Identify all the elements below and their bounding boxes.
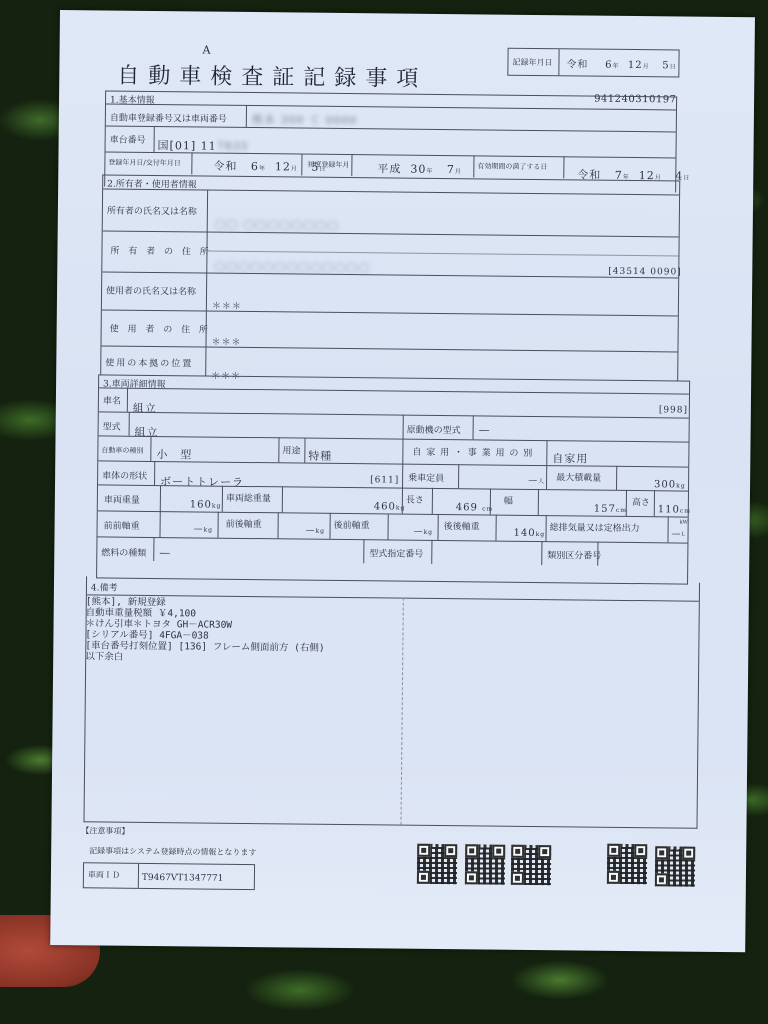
owner-name-label: 所有者の氏名又は名称 xyxy=(107,204,197,218)
qr-code-3 xyxy=(511,845,551,885)
vehicle-weight-value: 160kg xyxy=(190,499,222,510)
car-name-value: 組立 xyxy=(133,400,157,416)
vehicle-id-label: 車両ＩＤ xyxy=(88,869,120,880)
document-title: 自動車検査証記録事項 xyxy=(117,59,427,93)
vehicle-inspection-record-sheet: A 自動車検査証記録事項 記録年月日 令和 6年 12月 5日 94124031… xyxy=(50,10,755,952)
first-registration-label: 初度登録年月 xyxy=(307,160,349,170)
section-vehicle-details: 3.車両詳細情報 車名 組立 [998] 型式 組立 原動機の型式 — 自動車の… xyxy=(96,374,690,584)
capacity-value: —人 xyxy=(528,476,545,486)
vehicle-class-value: 小 型 xyxy=(156,446,192,462)
front-rear-axle-value: —kg xyxy=(306,526,326,536)
front-front-axle-value: —kg xyxy=(194,524,214,534)
private-business-label: 自 家 用 ・ 事 業 用 の 別 xyxy=(412,445,533,459)
user-name-label: 使用者の氏名又は名称 xyxy=(106,283,196,297)
private-business-value: 自家用 xyxy=(552,450,588,466)
car-name-label: 車名 xyxy=(103,393,121,406)
purpose-label: 用途 xyxy=(282,443,300,456)
registration-number-value: 熊本 300 て 0000 xyxy=(252,111,358,128)
width-label: 幅 xyxy=(504,494,513,507)
front-front-axle-label: 前前軸重 xyxy=(104,518,140,531)
vehicle-id-box: 車両ＩＤ T9467VT1347771 xyxy=(83,862,255,890)
displacement-label: 総排気量又は定格出力 xyxy=(550,520,640,534)
body-shape-code: [611] xyxy=(370,475,399,485)
model-value: 組立 xyxy=(135,424,159,440)
owner-address-label: 所 有 者 の 住 所 xyxy=(110,244,211,258)
purpose-value: 特種 xyxy=(308,448,332,464)
length-value: 469 cm xyxy=(456,502,493,513)
qr-code-1 xyxy=(417,844,457,884)
fuel-label: 燃料の種類 xyxy=(101,545,146,558)
expiry-date-label: 有効期間の満了する日 xyxy=(477,161,547,172)
rear-front-axle-value: —kg xyxy=(414,527,434,537)
section-4-heading: 4.備考 xyxy=(91,580,118,593)
height-value: 110cm xyxy=(658,504,691,515)
width-value: 157cm xyxy=(594,504,627,515)
car-name-code: [998] xyxy=(659,405,688,415)
registration-date-label: 登録年月日/交付年月日 xyxy=(108,158,180,169)
section-owner-user-info: 2.所有者・使用者情報 所有者の氏名又は名称 〇〇 〇〇〇〇〇〇〇〇 所 有 者… xyxy=(100,174,680,381)
registration-number-label: 自動車登録番号又は車両番号 xyxy=(110,111,227,125)
copy-mark: A xyxy=(203,43,211,56)
gross-weight-value: 460kg xyxy=(374,501,406,512)
front-rear-axle-label: 前後軸重 xyxy=(226,517,262,530)
capacity-label: 乗車定員 xyxy=(408,471,444,484)
gross-weight-label: 車両総重量 xyxy=(226,491,271,504)
max-load-label: 最大積載量 xyxy=(556,470,601,483)
vehicle-class-label: 自動車の種別 xyxy=(101,445,143,455)
type-designation-label: 型式指定番号 xyxy=(369,546,423,560)
length-label: 長さ xyxy=(406,493,424,506)
displacement-unit-kw: kW xyxy=(680,520,688,526)
notice-text: 記録事項はシステム登録時点の情報となります xyxy=(89,845,256,858)
notice-heading: 【注意事項】 xyxy=(81,825,129,837)
qr-code-2 xyxy=(465,844,505,884)
body-shape-value: ボートトレーラ xyxy=(160,473,244,490)
rear-rear-axle-value: 140kg xyxy=(513,528,545,539)
displacement-unit-l: L xyxy=(682,532,685,538)
body-shape-label: 車体の形状 xyxy=(102,468,147,481)
vehicle-id-value: T9467VT1347771 xyxy=(142,873,224,884)
chassis-number-label: 車台番号 xyxy=(110,133,146,146)
base-location-label: 使用の本拠の位置 xyxy=(105,355,193,369)
rear-front-axle-label: 後前軸重 xyxy=(334,518,370,531)
rear-rear-axle-label: 後後軸重 xyxy=(444,519,480,532)
first-registration-value: 平成 30年 7月 xyxy=(377,160,462,177)
user-address-label: 使 用 者 の 住 所 xyxy=(110,322,211,336)
record-date-value: 令和 6年 12月 5日 xyxy=(566,55,676,71)
max-load-value: 300kg xyxy=(654,479,686,490)
record-date-label: 記録年月日 xyxy=(512,57,552,68)
model-label: 型式 xyxy=(103,419,121,432)
displacement-value: — xyxy=(671,529,681,539)
remarks-text: [熊本], 新規登録 自動車重量税額 ￥4,100 ＊けん引車＊トヨタ GH－A… xyxy=(85,596,325,665)
record-date-box: 記録年月日 令和 6年 12月 5日 xyxy=(507,48,679,78)
fuel-value: — xyxy=(159,546,171,559)
height-label: 高さ xyxy=(632,495,650,508)
engine-model-label: 原動機の型式 xyxy=(407,423,461,437)
category-number-label: 類別区分番号 xyxy=(547,548,601,562)
vehicle-weight-label: 車両重量 xyxy=(104,492,140,505)
engine-model-value: — xyxy=(479,423,491,436)
qr-code-4 xyxy=(607,844,647,884)
qr-code-5 xyxy=(655,846,695,886)
